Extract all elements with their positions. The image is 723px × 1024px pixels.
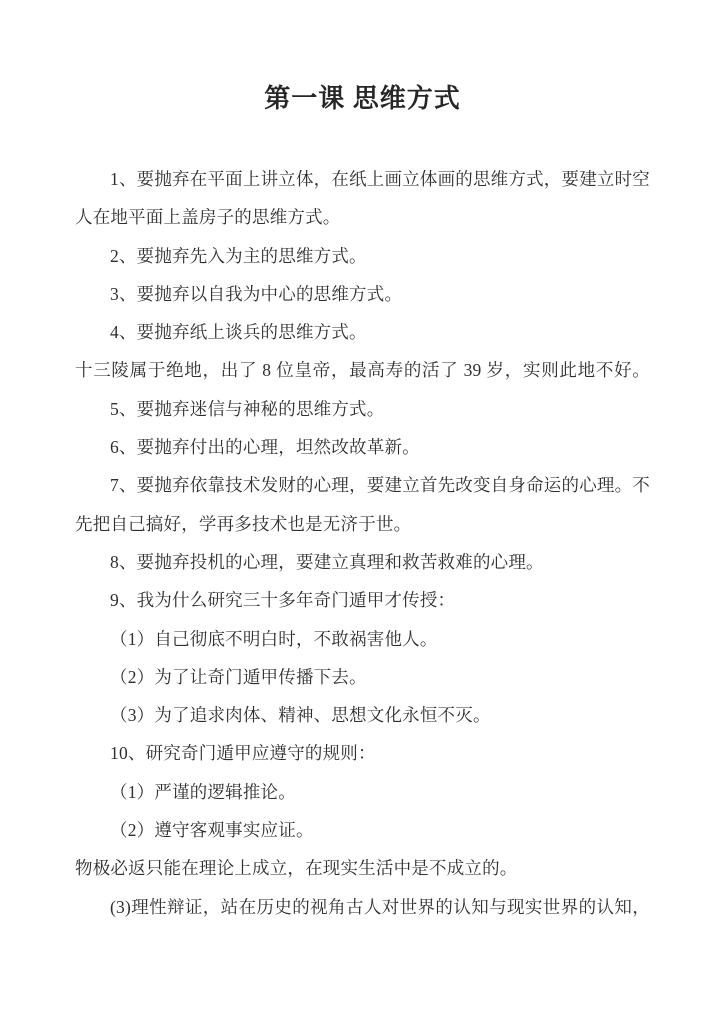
text-line: （1）自己彻底不明白时，不敢祸害他人。 xyxy=(75,620,650,658)
text-line: 十三陵属于绝地，出了 8 位皇帝，最高寿的活了 39 岁，实则此地不好。 xyxy=(75,351,650,389)
text-line: 2、要抛弃先入为主的思维方式。 xyxy=(75,237,650,275)
text-line: 9、我为什么研究三十多年奇门遁甲才传授： xyxy=(75,581,650,619)
text-line: （2）遵守客观事实应证。 xyxy=(75,811,650,849)
text-line: 10、研究奇门遁甲应遵守的规则： xyxy=(75,734,650,772)
text-line: 7、要抛弃依靠技术发财的心理，要建立首先改变自身命运的心理。不 xyxy=(75,466,650,504)
text-line: （2）为了让奇门遁甲传播下去。 xyxy=(75,658,650,696)
document-body: 1、要抛弃在平面上讲立体，在纸上画立体画的思维方式，要建立时空人在地平面上盖房子… xyxy=(75,160,650,926)
text-line: 物极必返只能在理论上成立，在现实生活中是不成立的。 xyxy=(75,849,650,887)
text-line: 3、要抛弃以自我为中心的思维方式。 xyxy=(75,275,650,313)
text-line: 人在地平面上盖房子的思维方式。 xyxy=(75,198,650,236)
text-line: 4、要抛弃纸上谈兵的思维方式。 xyxy=(75,313,650,351)
text-line: 6、要抛弃付出的心理，坦然改故革新。 xyxy=(75,428,650,466)
page-title: 第一课 思维方式 xyxy=(75,84,650,114)
text-line: 1、要抛弃在平面上讲立体，在纸上画立体画的思维方式，要建立时空 xyxy=(75,160,650,198)
text-line: （1）严谨的逻辑推论。 xyxy=(75,773,650,811)
document-page: 第一课 思维方式 1、要抛弃在平面上讲立体，在纸上画立体画的思维方式，要建立时空… xyxy=(0,0,723,1024)
text-line: (3)理性辩证，站在历史的视角古人对世界的认知与现实世界的认知， xyxy=(75,888,650,926)
text-line: 先把自己搞好，学再多技术也是无济于世。 xyxy=(75,505,650,543)
text-line: 5、要抛弃迷信与神秘的思维方式。 xyxy=(75,390,650,428)
text-line: 8、要抛弃投机的心理，要建立真理和救苦救难的心理。 xyxy=(75,543,650,581)
text-line: （3）为了追求肉体、精神、思想文化永恒不灭。 xyxy=(75,696,650,734)
